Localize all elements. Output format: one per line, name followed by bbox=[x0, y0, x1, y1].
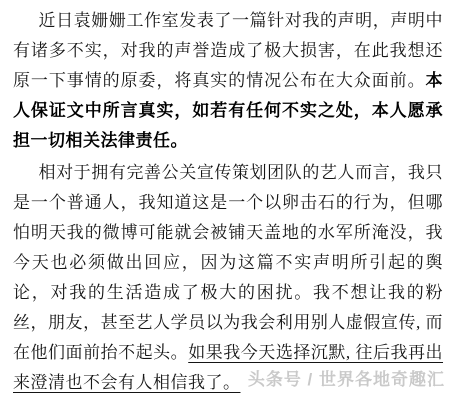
paragraph-1-normal-text: 近日袁姗姗工作室发表了一篇针对我的声明，声明中有诸多不实，对我的声誉造成了极大损… bbox=[13, 11, 443, 90]
statement-document: 近日袁姗姗工作室发表了一篇针对我的声明，声明中有诸多不实，对我的声誉造成了极大损… bbox=[0, 0, 452, 397]
paragraph-1: 近日袁姗姗工作室发表了一篇针对我的声明，声明中有诸多不实，对我的声誉造成了极大损… bbox=[13, 6, 443, 156]
paragraph-2: 相对于拥有完善公关宣传策划团队的艺人而言，我只是一个普通人，我知道这是一个以卵击… bbox=[13, 158, 443, 397]
paragraph-2-normal-text: 相对于拥有完善公关宣传策划团队的艺人而言，我只是一个普通人，我知道这是一个以卵击… bbox=[13, 163, 443, 362]
